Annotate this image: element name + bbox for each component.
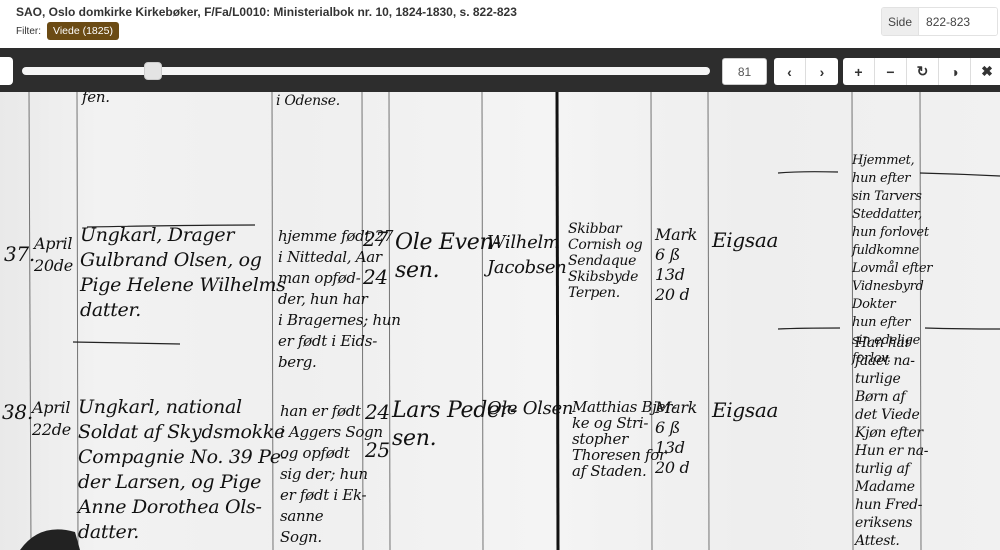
handwriting-notes: hun forlovet (852, 226, 929, 239)
handwriting-number: 37. (4, 244, 35, 264)
slider-track[interactable] (22, 67, 710, 75)
handwriting-place: Eigsaa (712, 400, 778, 420)
handwriting-notes: Lovmål efter (852, 262, 932, 275)
handwriting-priest: stopher (572, 432, 628, 447)
slider-handle[interactable] (144, 62, 162, 80)
handwriting-notes: Madame (855, 480, 915, 494)
handwriting-groom-bride: Ungkarl, national (78, 398, 242, 417)
handwriting-number: 38. (2, 402, 33, 422)
handwriting-witness1: sen. (392, 428, 436, 450)
plus-icon: + (854, 64, 862, 80)
handwriting-fees: 6 ß (655, 420, 680, 436)
handwriting-priest: ke og Stri- (572, 416, 648, 431)
side-input[interactable] (919, 8, 997, 35)
handwriting-birthplace: er født i Eids- (278, 334, 377, 349)
chevron-left-icon: ‹ (787, 64, 792, 80)
handwriting-groom-bride: Compagnie No. 39 Pe- (78, 448, 287, 467)
handwriting-groom-bride: datter. (80, 301, 141, 320)
handwriting-witness2: Jacobsen (487, 259, 566, 277)
zoom-out-button[interactable]: − (875, 58, 907, 85)
handwriting-ages: 24 (363, 267, 388, 287)
viewer-toolbar: ‹ › + − ↻ ◑ ✖ (0, 48, 1000, 92)
handwriting-notes: turlige (855, 372, 900, 386)
handwriting-ages: 25 (365, 440, 390, 460)
handwriting-date: 22de (32, 422, 71, 438)
handwriting-notes: det Viede (855, 408, 920, 422)
manuscript-image[interactable]: fen. i Odense. 37.April20deUngkarl, Drag… (0, 92, 1000, 550)
zoom-in-button[interactable]: + (843, 58, 875, 85)
handwriting-witness1: Ole Even- (395, 232, 501, 254)
handwriting-witness2: Wilhelm (487, 234, 560, 252)
handwriting-notes: Børn af (855, 390, 905, 404)
handwriting-notes: turlig af (855, 462, 910, 476)
handwriting-priest: Thoresen for (572, 448, 666, 463)
contrast-button[interactable]: ◑ (939, 58, 971, 85)
handwriting-notes: hun efter (852, 316, 910, 329)
handwriting-fragment: fen. (82, 92, 110, 105)
image-tools-group: + − ↻ ◑ ✖ (843, 58, 1000, 85)
handwriting-birthplace: berg. (278, 355, 317, 370)
handwriting-groom-bride: Gulbrand Olsen, og (80, 251, 262, 270)
handwriting-witness1: sen. (395, 260, 439, 282)
handwriting-notes: Han har (855, 336, 911, 350)
filter-badge[interactable]: Viede (1825) (47, 22, 119, 40)
handwriting-fees: Mark (655, 400, 697, 416)
handwriting-groom-bride: Ungkarl, Drager (80, 226, 234, 245)
handwriting-ages: 24 (365, 402, 390, 422)
handwriting-notes: Steddatter, (852, 208, 922, 221)
handwriting-notes: eriksens (855, 516, 912, 530)
handwriting-notes: Kjøn efter (855, 426, 923, 440)
handwriting-birthplace: i Nittedal, Aar (278, 250, 382, 265)
handwriting-priest: Skibbar (568, 222, 621, 236)
sidebar-toggle-button[interactable] (0, 57, 13, 85)
handwriting-fees: 6 ß (655, 247, 680, 263)
handwriting-birthplace: sanne (280, 509, 323, 524)
handwriting-birthplace: i Bragernes; hun (278, 313, 401, 328)
page-title: SAO, Oslo domkirke Kirkebøker, F/Fa/L001… (16, 5, 517, 19)
handwriting-witness2: Ole Olsen (487, 400, 573, 418)
handwriting-priest: af Staden. (572, 464, 646, 479)
close-button[interactable]: ✖ (971, 58, 1000, 85)
handwriting-groom-bride: Anne Dorothea Ols- (78, 498, 262, 517)
handwriting-fees: 20 d (655, 460, 690, 476)
handwriting-groom-bride: der Larsen, og Pige (78, 473, 261, 492)
handwriting-birthplace: sig der; hun (280, 467, 368, 482)
contrast-icon: ◑ (950, 64, 958, 80)
handwriting-fees: 13d (655, 267, 685, 283)
rotate-icon: ↻ (917, 63, 929, 80)
handwriting-birthplace: og opfødt (280, 446, 350, 461)
side-input-group: Side (881, 7, 998, 36)
rotate-button[interactable]: ↻ (907, 58, 939, 85)
handwriting-birthplace: er født i Ek- (280, 488, 366, 503)
filter-row: Filter: Viede (1825) (16, 22, 119, 40)
close-icon: ✖ (981, 63, 993, 80)
handwriting-birthplace: der, hun har (278, 292, 367, 307)
handwriting-notes: Attest. (855, 534, 900, 548)
handwriting-fees: Mark (655, 227, 697, 243)
handwriting-priest: Cornish og (568, 238, 642, 252)
side-label: Side (882, 8, 919, 35)
handwriting-date: April (32, 400, 70, 416)
minus-icon: − (886, 64, 894, 80)
handwriting-date: April (34, 236, 72, 252)
handwriting-priest: Sendaque (568, 254, 636, 268)
handwriting-priest: Skibsbyde (568, 270, 638, 284)
handwriting-date: 20de (34, 258, 73, 274)
handwriting-notes: hun Fred- (855, 498, 922, 512)
handwriting-fragment: i Odense. (276, 94, 340, 108)
handwriting-birthplace: han er født (280, 404, 361, 419)
handwriting-ages: 27 (363, 229, 388, 249)
previous-page-button[interactable]: ‹ (774, 58, 806, 85)
page-nav-group: ‹ › (774, 58, 838, 85)
handwriting-notes: fuldkomne (852, 244, 919, 257)
handwriting-notes: Vidnesbyrd (852, 280, 924, 293)
handwriting-fees: 13d (655, 440, 685, 456)
page-slider[interactable] (22, 65, 710, 75)
handwriting-groom-bride: datter. (78, 523, 139, 542)
header: SAO, Oslo domkirke Kirkebøker, F/Fa/L001… (0, 0, 1000, 48)
chevron-right-icon: › (820, 64, 825, 80)
handwriting-birthplace: man opfød- (278, 271, 360, 286)
handwriting-notes: hun efter (852, 172, 910, 185)
handwriting-place: Eigsaa (712, 230, 778, 250)
handwriting-fees: 20 d (655, 287, 690, 303)
next-page-button[interactable]: › (806, 58, 838, 85)
handwriting-notes: sin Tarvers (852, 190, 922, 203)
handwriting-groom-bride: Soldat af Skydsmokke (78, 423, 285, 442)
handwriting-priest: Terpen. (568, 286, 620, 300)
handwriting-notes: Hjemmet, (852, 154, 914, 167)
filter-label: Filter: (16, 26, 41, 37)
handwriting-notes: Dokter (852, 298, 895, 311)
handwriting-notes: Hun er na- (855, 444, 928, 458)
handwriting-groom-bride: Pige Helene Wilhelms (80, 276, 286, 295)
page-number-input[interactable] (722, 58, 767, 85)
handwriting-birthplace: Sogn. (280, 530, 322, 545)
handwriting-notes: faaet na- (855, 354, 915, 368)
